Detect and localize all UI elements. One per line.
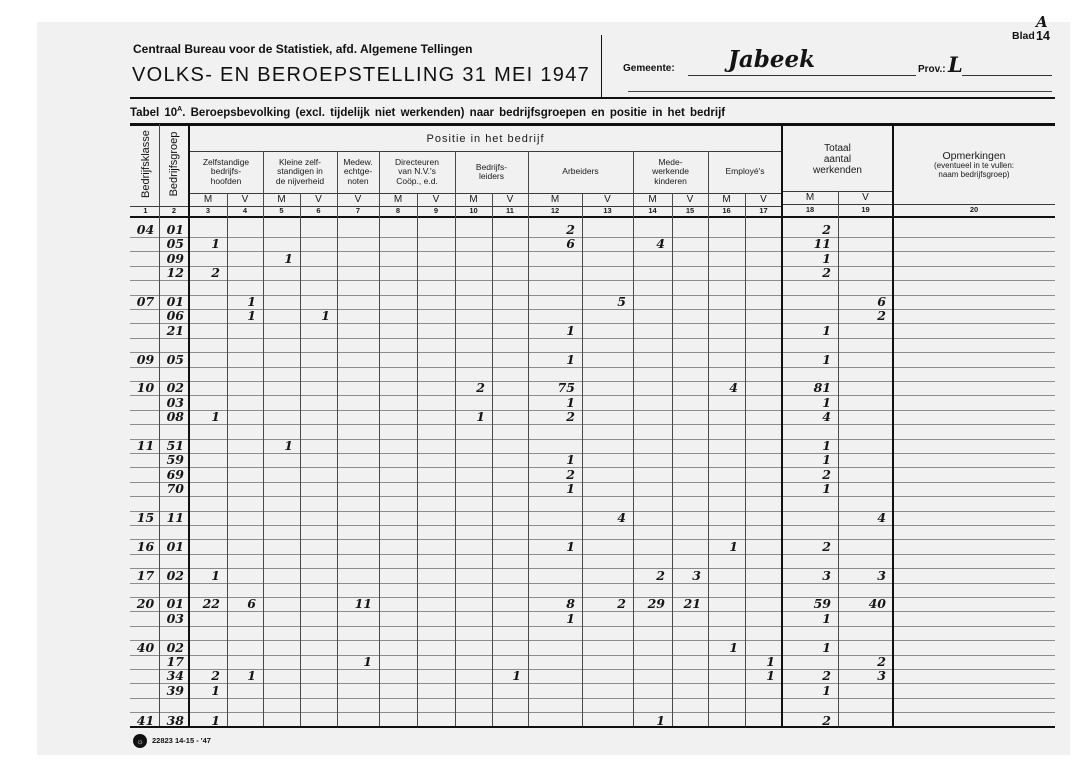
- cell-col-3[interactable]: 1: [189, 569, 227, 582]
- cell-col-13[interactable]: [582, 217, 633, 237]
- cell-col-8[interactable]: [379, 339, 417, 352]
- cell-col-4[interactable]: [227, 641, 263, 654]
- cell-col-17[interactable]: [745, 425, 782, 438]
- cell-col-8[interactable]: [379, 584, 417, 597]
- cell-col-15[interactable]: [672, 497, 708, 510]
- cell-col-13[interactable]: [582, 497, 633, 510]
- cell-col-10[interactable]: [455, 454, 492, 467]
- cell-col-5[interactable]: [263, 339, 300, 352]
- cell-col-7[interactable]: [337, 684, 379, 697]
- cell-col-4[interactable]: [227, 440, 263, 453]
- cell-col-10[interactable]: 1: [455, 411, 492, 424]
- cell-col-19[interactable]: [838, 382, 893, 395]
- cell-col-8[interactable]: [379, 238, 417, 251]
- cell-col-16[interactable]: [708, 339, 745, 352]
- cell-col-8[interactable]: [379, 512, 417, 525]
- cell-col-16[interactable]: [708, 627, 745, 640]
- cell-col-4[interactable]: [227, 526, 263, 539]
- cell-col-11[interactable]: [492, 339, 528, 352]
- cell-col-11[interactable]: [492, 526, 528, 539]
- cell-col-14[interactable]: [633, 217, 672, 237]
- cell-col-14[interactable]: [633, 425, 672, 438]
- cell-col-19[interactable]: 40: [838, 598, 893, 611]
- cell-col-4[interactable]: [227, 411, 263, 424]
- cell-col-19[interactable]: [838, 627, 893, 640]
- cell-col-20[interactable]: [893, 454, 1055, 467]
- cell-col-19[interactable]: 3: [838, 569, 893, 582]
- cell-col-6[interactable]: [300, 281, 337, 294]
- cell-col-14[interactable]: [633, 440, 672, 453]
- cell-col-11[interactable]: [492, 555, 528, 568]
- cell-col-9[interactable]: [417, 425, 455, 438]
- cell-col-7[interactable]: [337, 368, 379, 381]
- cell-bedrijfsgroep[interactable]: 03: [159, 612, 189, 625]
- cell-col-9[interactable]: [417, 238, 455, 251]
- cell-col-11[interactable]: [492, 252, 528, 265]
- cell-col-11[interactable]: 1: [492, 670, 528, 683]
- cell-col-4[interactable]: [227, 267, 263, 280]
- cell-col-15[interactable]: [672, 584, 708, 597]
- cell-col-19[interactable]: [838, 324, 893, 337]
- cell-col-16[interactable]: [708, 238, 745, 251]
- cell-col-12[interactable]: 1: [528, 353, 582, 366]
- cell-col-16[interactable]: [708, 670, 745, 683]
- cell-col-9[interactable]: [417, 310, 455, 323]
- cell-bedrijfsgroep[interactable]: 34: [159, 670, 189, 683]
- cell-col-20[interactable]: [893, 540, 1055, 553]
- cell-col-20[interactable]: [893, 684, 1055, 697]
- cell-col-8[interactable]: [379, 296, 417, 309]
- cell-col-6[interactable]: [300, 641, 337, 654]
- cell-col-12[interactable]: [528, 497, 582, 510]
- cell-col-18[interactable]: [782, 368, 838, 381]
- cell-col-5[interactable]: 1: [263, 440, 300, 453]
- cell-col-19[interactable]: 6: [838, 296, 893, 309]
- cell-bedrijfsgroep[interactable]: 21: [159, 324, 189, 337]
- cell-col-6[interactable]: [300, 540, 337, 553]
- cell-col-10[interactable]: 2: [455, 382, 492, 395]
- cell-col-15[interactable]: 3: [672, 569, 708, 582]
- cell-col-11[interactable]: [492, 627, 528, 640]
- cell-col-10[interactable]: [455, 396, 492, 409]
- cell-bedrijfsklasse[interactable]: 20: [132, 598, 159, 611]
- cell-bedrijfsklasse[interactable]: [132, 238, 159, 251]
- cell-col-14[interactable]: [633, 368, 672, 381]
- cell-col-8[interactable]: [379, 540, 417, 553]
- cell-col-10[interactable]: [455, 627, 492, 640]
- cell-col-16[interactable]: [708, 526, 745, 539]
- cell-col-16[interactable]: [708, 267, 745, 280]
- cell-col-20[interactable]: [893, 252, 1055, 265]
- cell-col-3[interactable]: [189, 296, 227, 309]
- cell-col-3[interactable]: [189, 584, 227, 597]
- cell-col-15[interactable]: [672, 425, 708, 438]
- cell-col-10[interactable]: [455, 468, 492, 481]
- cell-col-8[interactable]: [379, 684, 417, 697]
- cell-col-12[interactable]: [528, 267, 582, 280]
- cell-bedrijfsgroep[interactable]: 09: [159, 252, 189, 265]
- cell-col-19[interactable]: [838, 440, 893, 453]
- cell-col-20[interactable]: [893, 425, 1055, 438]
- cell-bedrijfsgroep[interactable]: [159, 555, 189, 568]
- cell-col-14[interactable]: [633, 454, 672, 467]
- cell-col-6[interactable]: [300, 656, 337, 669]
- cell-col-6[interactable]: [300, 598, 337, 611]
- cell-col-13[interactable]: [582, 684, 633, 697]
- cell-col-7[interactable]: [337, 526, 379, 539]
- cell-col-13[interactable]: [582, 310, 633, 323]
- cell-col-3[interactable]: [189, 497, 227, 510]
- cell-col-4[interactable]: [227, 368, 263, 381]
- cell-bedrijfsklasse[interactable]: [132, 670, 159, 683]
- cell-col-18[interactable]: [782, 512, 838, 525]
- cell-col-20[interactable]: [893, 627, 1055, 640]
- cell-col-9[interactable]: [417, 555, 455, 568]
- cell-col-12[interactable]: [528, 627, 582, 640]
- cell-col-8[interactable]: [379, 454, 417, 467]
- cell-bedrijfsgroep[interactable]: 05: [159, 238, 189, 251]
- cell-col-12[interactable]: [528, 656, 582, 669]
- cell-col-3[interactable]: 2: [189, 267, 227, 280]
- cell-col-8[interactable]: [379, 411, 417, 424]
- cell-col-14[interactable]: [633, 684, 672, 697]
- cell-bedrijfsklasse[interactable]: [132, 656, 159, 669]
- cell-col-5[interactable]: [263, 368, 300, 381]
- cell-col-15[interactable]: [672, 454, 708, 467]
- cell-col-18[interactable]: 2: [782, 267, 838, 280]
- cell-col-18[interactable]: [782, 555, 838, 568]
- cell-bedrijfsgroep[interactable]: 02: [159, 569, 189, 582]
- cell-col-12[interactable]: 1: [528, 396, 582, 409]
- cell-bedrijfsklasse[interactable]: [132, 396, 159, 409]
- cell-col-17[interactable]: [745, 324, 782, 337]
- cell-col-11[interactable]: [492, 382, 528, 395]
- cell-bedrijfsgroep[interactable]: 69: [159, 468, 189, 481]
- cell-col-12[interactable]: [528, 684, 582, 697]
- cell-col-20[interactable]: [893, 483, 1055, 496]
- cell-col-20[interactable]: [893, 656, 1055, 669]
- cell-col-6[interactable]: [300, 238, 337, 251]
- cell-col-4[interactable]: [227, 468, 263, 481]
- cell-col-4[interactable]: 1: [227, 296, 263, 309]
- cell-col-19[interactable]: [838, 411, 893, 424]
- cell-col-19[interactable]: [838, 684, 893, 697]
- cell-col-3[interactable]: [189, 339, 227, 352]
- cell-col-13[interactable]: [582, 555, 633, 568]
- cell-col-9[interactable]: [417, 526, 455, 539]
- cell-col-16[interactable]: [708, 440, 745, 453]
- cell-col-8[interactable]: [379, 324, 417, 337]
- cell-col-14[interactable]: [633, 339, 672, 352]
- cell-col-3[interactable]: [189, 368, 227, 381]
- cell-col-16[interactable]: [708, 454, 745, 467]
- cell-col-7[interactable]: [337, 497, 379, 510]
- cell-col-14[interactable]: [633, 584, 672, 597]
- cell-col-15[interactable]: [672, 641, 708, 654]
- cell-col-17[interactable]: [745, 641, 782, 654]
- cell-col-16[interactable]: [708, 684, 745, 697]
- cell-col-19[interactable]: [838, 339, 893, 352]
- cell-col-9[interactable]: [417, 411, 455, 424]
- cell-col-7[interactable]: [337, 296, 379, 309]
- cell-col-6[interactable]: [300, 512, 337, 525]
- cell-col-5[interactable]: [263, 411, 300, 424]
- cell-col-12[interactable]: [528, 252, 582, 265]
- cell-col-3[interactable]: 1: [189, 684, 227, 697]
- cell-col-13[interactable]: [582, 238, 633, 251]
- cell-col-15[interactable]: [672, 411, 708, 424]
- cell-col-10[interactable]: [455, 684, 492, 697]
- cell-col-13[interactable]: [582, 324, 633, 337]
- cell-col-16[interactable]: [708, 353, 745, 366]
- cell-col-18[interactable]: 2: [782, 468, 838, 481]
- cell-col-8[interactable]: [379, 217, 417, 237]
- cell-bedrijfsgroep[interactable]: 08: [159, 411, 189, 424]
- cell-col-4[interactable]: 1: [227, 310, 263, 323]
- cell-bedrijfsgroep[interactable]: 02: [159, 382, 189, 395]
- cell-col-12[interactable]: [528, 555, 582, 568]
- cell-col-6[interactable]: [300, 324, 337, 337]
- cell-col-19[interactable]: [838, 612, 893, 625]
- cell-col-11[interactable]: [492, 368, 528, 381]
- cell-col-15[interactable]: [672, 296, 708, 309]
- cell-col-9[interactable]: [417, 584, 455, 597]
- cell-col-13[interactable]: [582, 267, 633, 280]
- cell-col-3[interactable]: [189, 555, 227, 568]
- cell-col-12[interactable]: 2: [528, 217, 582, 237]
- cell-col-6[interactable]: [300, 454, 337, 467]
- cell-col-15[interactable]: [672, 324, 708, 337]
- cell-col-14[interactable]: [633, 483, 672, 496]
- cell-col-18[interactable]: 1: [782, 252, 838, 265]
- cell-col-19[interactable]: [838, 252, 893, 265]
- cell-col-6[interactable]: [300, 555, 337, 568]
- cell-col-11[interactable]: [492, 296, 528, 309]
- cell-col-9[interactable]: [417, 217, 455, 237]
- cell-col-10[interactable]: [455, 353, 492, 366]
- cell-bedrijfsklasse[interactable]: [132, 627, 159, 640]
- cell-col-6[interactable]: [300, 612, 337, 625]
- cell-col-12[interactable]: [528, 281, 582, 294]
- cell-bedrijfsgroep[interactable]: 17: [159, 656, 189, 669]
- cell-col-11[interactable]: [492, 656, 528, 669]
- cell-col-17[interactable]: [745, 267, 782, 280]
- cell-col-12[interactable]: [528, 296, 582, 309]
- cell-col-17[interactable]: [745, 526, 782, 539]
- cell-col-14[interactable]: [633, 281, 672, 294]
- cell-col-15[interactable]: [672, 512, 708, 525]
- cell-col-15[interactable]: [672, 656, 708, 669]
- cell-col-12[interactable]: [528, 512, 582, 525]
- cell-col-13[interactable]: [582, 368, 633, 381]
- cell-col-18[interactable]: 1: [782, 353, 838, 366]
- cell-col-10[interactable]: [455, 217, 492, 237]
- cell-col-12[interactable]: 1: [528, 612, 582, 625]
- cell-col-9[interactable]: [417, 252, 455, 265]
- cell-col-17[interactable]: [745, 281, 782, 294]
- cell-bedrijfsgroep[interactable]: [159, 425, 189, 438]
- cell-col-11[interactable]: [492, 353, 528, 366]
- cell-col-8[interactable]: [379, 598, 417, 611]
- cell-col-15[interactable]: [672, 368, 708, 381]
- cell-col-4[interactable]: [227, 497, 263, 510]
- cell-col-10[interactable]: [455, 310, 492, 323]
- cell-col-14[interactable]: 2: [633, 569, 672, 582]
- cell-col-14[interactable]: [633, 526, 672, 539]
- cell-col-7[interactable]: [337, 281, 379, 294]
- cell-col-5[interactable]: [263, 612, 300, 625]
- cell-col-17[interactable]: [745, 555, 782, 568]
- cell-col-15[interactable]: [672, 440, 708, 453]
- cell-col-11[interactable]: [492, 699, 528, 712]
- cell-col-4[interactable]: [227, 584, 263, 597]
- cell-col-14[interactable]: [633, 497, 672, 510]
- cell-bedrijfsklasse[interactable]: [132, 267, 159, 280]
- cell-col-10[interactable]: [455, 425, 492, 438]
- cell-col-8[interactable]: [379, 252, 417, 265]
- cell-col-14[interactable]: [633, 670, 672, 683]
- cell-col-10[interactable]: [455, 569, 492, 582]
- cell-col-13[interactable]: [582, 569, 633, 582]
- cell-col-9[interactable]: [417, 324, 455, 337]
- cell-col-15[interactable]: [672, 217, 708, 237]
- cell-col-3[interactable]: [189, 627, 227, 640]
- cell-col-5[interactable]: [263, 656, 300, 669]
- cell-col-17[interactable]: [745, 569, 782, 582]
- cell-col-16[interactable]: [708, 612, 745, 625]
- cell-bedrijfsgroep[interactable]: [159, 368, 189, 381]
- cell-col-14[interactable]: [633, 411, 672, 424]
- cell-col-15[interactable]: [672, 396, 708, 409]
- cell-col-12[interactable]: 75: [528, 382, 582, 395]
- cell-bedrijfsklasse[interactable]: [132, 684, 159, 697]
- cell-col-11[interactable]: [492, 238, 528, 251]
- cell-bedrijfsklasse[interactable]: 04: [132, 217, 159, 237]
- cell-col-7[interactable]: [337, 267, 379, 280]
- cell-col-9[interactable]: [417, 339, 455, 352]
- cell-bedrijfsgroep[interactable]: 01: [159, 296, 189, 309]
- cell-col-9[interactable]: [417, 656, 455, 669]
- cell-col-10[interactable]: [455, 555, 492, 568]
- cell-col-20[interactable]: [893, 512, 1055, 525]
- cell-bedrijfsklasse[interactable]: 07: [132, 296, 159, 309]
- cell-col-19[interactable]: [838, 584, 893, 597]
- cell-col-5[interactable]: [263, 281, 300, 294]
- cell-col-14[interactable]: [633, 656, 672, 669]
- cell-col-13[interactable]: [582, 612, 633, 625]
- cell-col-19[interactable]: [838, 267, 893, 280]
- cell-col-4[interactable]: [227, 656, 263, 669]
- cell-col-15[interactable]: [672, 612, 708, 625]
- cell-bedrijfsgroep[interactable]: 03: [159, 396, 189, 409]
- cell-col-14[interactable]: [633, 641, 672, 654]
- cell-col-13[interactable]: [582, 540, 633, 553]
- cell-col-5[interactable]: [263, 684, 300, 697]
- cell-col-4[interactable]: [227, 252, 263, 265]
- cell-col-12[interactable]: [528, 425, 582, 438]
- cell-col-3[interactable]: [189, 217, 227, 237]
- cell-col-7[interactable]: [337, 425, 379, 438]
- cell-col-10[interactable]: [455, 238, 492, 251]
- cell-col-14[interactable]: [633, 296, 672, 309]
- cell-col-6[interactable]: [300, 468, 337, 481]
- cell-col-12[interactable]: [528, 310, 582, 323]
- cell-col-15[interactable]: [672, 483, 708, 496]
- cell-col-19[interactable]: 2: [838, 310, 893, 323]
- cell-col-12[interactable]: 1: [528, 324, 582, 337]
- cell-col-13[interactable]: [582, 454, 633, 467]
- cell-bedrijfsgroep[interactable]: 01: [159, 540, 189, 553]
- cell-col-15[interactable]: [672, 540, 708, 553]
- cell-col-8[interactable]: [379, 440, 417, 453]
- cell-col-10[interactable]: [455, 598, 492, 611]
- cell-col-20[interactable]: [893, 353, 1055, 366]
- cell-col-19[interactable]: [838, 454, 893, 467]
- cell-col-7[interactable]: [337, 324, 379, 337]
- cell-col-18[interactable]: [782, 699, 838, 712]
- cell-col-7[interactable]: [337, 483, 379, 496]
- cell-col-3[interactable]: [189, 425, 227, 438]
- cell-col-9[interactable]: [417, 569, 455, 582]
- cell-col-13[interactable]: [582, 425, 633, 438]
- cell-col-11[interactable]: [492, 217, 528, 237]
- cell-col-3[interactable]: [189, 324, 227, 337]
- cell-col-11[interactable]: [492, 684, 528, 697]
- cell-col-10[interactable]: [455, 339, 492, 352]
- cell-col-16[interactable]: [708, 310, 745, 323]
- cell-col-12[interactable]: 8: [528, 598, 582, 611]
- cell-col-4[interactable]: [227, 569, 263, 582]
- cell-col-10[interactable]: [455, 267, 492, 280]
- cell-col-17[interactable]: [745, 627, 782, 640]
- cell-col-10[interactable]: [455, 699, 492, 712]
- cell-col-18[interactable]: [782, 425, 838, 438]
- cell-bedrijfsgroep[interactable]: [159, 627, 189, 640]
- cell-col-20[interactable]: [893, 411, 1055, 424]
- cell-bedrijfsklasse[interactable]: [132, 526, 159, 539]
- cell-col-18[interactable]: 2: [782, 217, 838, 237]
- cell-col-16[interactable]: [708, 555, 745, 568]
- cell-bedrijfsklasse[interactable]: [132, 411, 159, 424]
- cell-col-10[interactable]: [455, 526, 492, 539]
- cell-col-15[interactable]: [672, 281, 708, 294]
- cell-col-8[interactable]: [379, 425, 417, 438]
- cell-col-18[interactable]: 4: [782, 411, 838, 424]
- cell-bedrijfsklasse[interactable]: [132, 252, 159, 265]
- cell-col-10[interactable]: [455, 324, 492, 337]
- cell-col-4[interactable]: [227, 684, 263, 697]
- cell-col-3[interactable]: [189, 699, 227, 712]
- cell-col-9[interactable]: [417, 468, 455, 481]
- cell-col-9[interactable]: [417, 353, 455, 366]
- cell-col-18[interactable]: [782, 526, 838, 539]
- cell-col-16[interactable]: [708, 497, 745, 510]
- cell-col-11[interactable]: [492, 584, 528, 597]
- cell-col-5[interactable]: [263, 483, 300, 496]
- gemeente-field[interactable]: Jabeek: [728, 46, 815, 73]
- cell-col-6[interactable]: [300, 252, 337, 265]
- cell-col-18[interactable]: 1: [782, 440, 838, 453]
- cell-bedrijfsklasse[interactable]: [132, 454, 159, 467]
- prov-field[interactable]: L: [948, 52, 963, 77]
- cell-col-15[interactable]: [672, 627, 708, 640]
- cell-col-15[interactable]: [672, 267, 708, 280]
- cell-col-4[interactable]: [227, 512, 263, 525]
- cell-col-6[interactable]: [300, 353, 337, 366]
- cell-col-4[interactable]: 1: [227, 670, 263, 683]
- cell-col-12[interactable]: [528, 670, 582, 683]
- cell-col-15[interactable]: [672, 238, 708, 251]
